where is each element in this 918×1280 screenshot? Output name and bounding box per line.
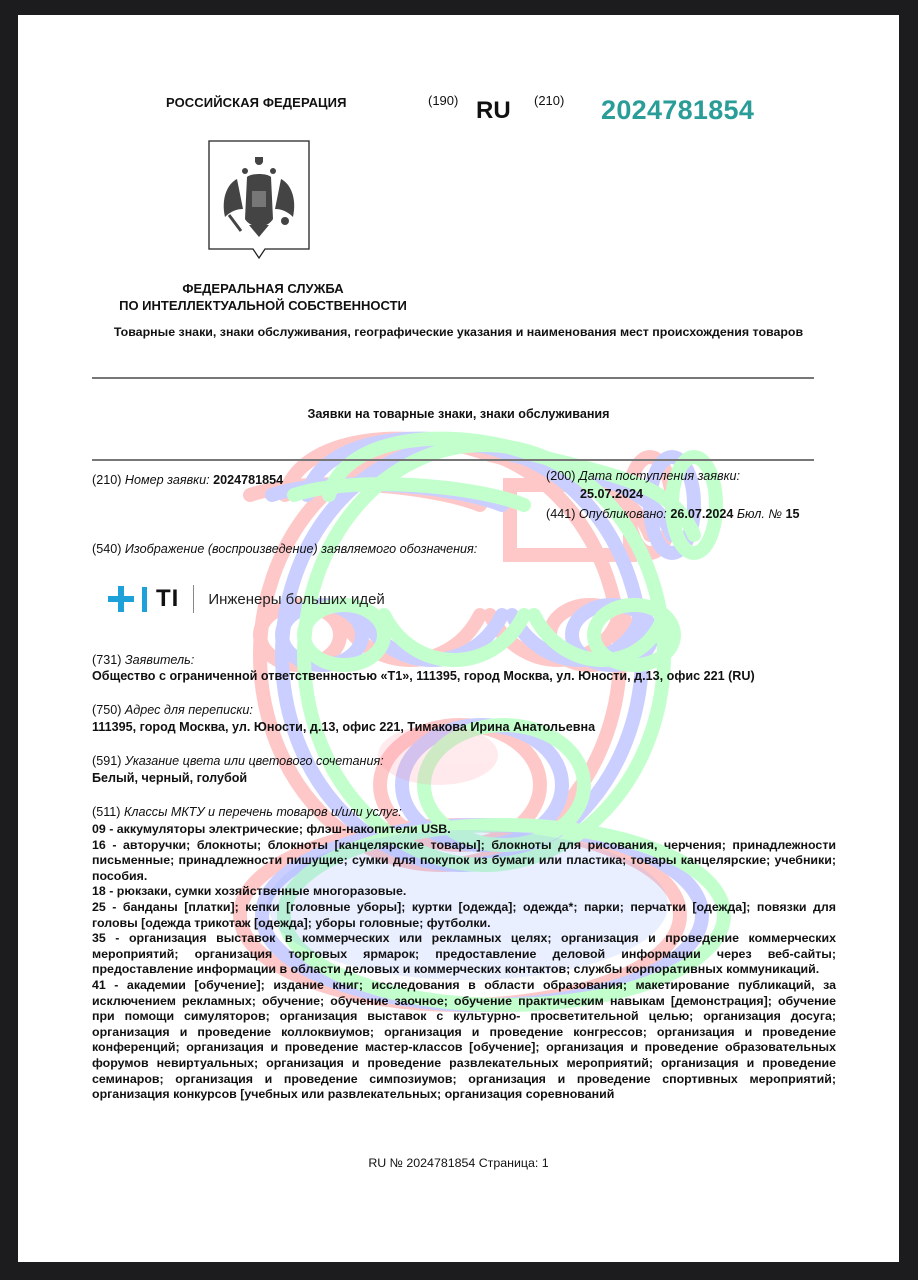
inid-code: (731): [92, 653, 121, 667]
inid-code-190: (190): [428, 93, 458, 108]
colors-value: Белый, черный, голубой: [92, 771, 247, 785]
filing-date-value: 25.07.2024: [580, 487, 643, 501]
inid-code: (591): [92, 754, 121, 768]
divider: [92, 377, 814, 379]
inid-code: (750): [92, 703, 121, 717]
bulletin-label: Бюл. №: [737, 507, 782, 521]
field-address-label: (750) Адрес для переписки:: [92, 703, 253, 717]
field-label: Классы МКТУ и перечень товаров и/или усл…: [124, 805, 402, 819]
field-label: Изображение (воспроизведение) заявляемог…: [125, 542, 477, 556]
plus-icon: [108, 585, 136, 613]
agency-line-1: ФЕДЕРАЛЬНАЯ СЛУЖБА: [113, 280, 413, 297]
inid-code: (511): [92, 805, 120, 819]
published-date: 26.07.2024: [670, 507, 733, 521]
country-code: RU: [476, 97, 511, 125]
agency-name: ФЕДЕРАЛЬНАЯ СЛУЖБА ПО ИНТЕЛЛЕКТУАЛЬНОЙ С…: [113, 280, 413, 314]
field-label: Номер заявки:: [125, 473, 210, 487]
class-item: 18 - рюкзаки, сумки хозяйственные многор…: [92, 884, 836, 900]
field-label: Указание цвета или цветового сочетания:: [125, 754, 384, 768]
class-item: 25 - банданы [платки]; кепки [головные у…: [92, 900, 836, 931]
divider: [92, 459, 814, 461]
field-applicant-label: (731) Заявитель:: [92, 653, 194, 667]
class-item: 16 - авторучки; блокноты; блокноты [канц…: [92, 838, 836, 885]
class-item: 41 - академии [обучение]; издание книг; …: [92, 978, 836, 1103]
class-item: 35 - организация выставок в коммерческих…: [92, 931, 836, 978]
mark-text: TI: [156, 585, 179, 613]
inid-code: (540): [92, 542, 121, 556]
field-published: (441) Опубликовано: 26.07.2024 Бюл. № 15: [546, 507, 800, 521]
mark-bar: [142, 587, 147, 612]
field-application-number: (210) Номер заявки: 2024781854: [92, 473, 283, 487]
coat-of-arms-icon: [207, 139, 311, 260]
field-value: 2024781854: [213, 473, 283, 487]
application-number-title: 2024781854: [601, 95, 754, 126]
field-image: (540) Изображение (воспроизведение) заяв…: [92, 542, 477, 556]
mark-slogan: Инженеры больших идей: [208, 591, 384, 608]
field-label: Дата поступления заявки:: [579, 469, 740, 483]
trademark-image: TI Инженеры больших идей: [108, 583, 385, 615]
field-label: Опубликовано:: [579, 507, 667, 521]
inid-code: (210): [92, 473, 121, 487]
classes-list: 09 - аккумуляторы электрические; флэш-на…: [92, 822, 836, 1103]
document-page: РОССИЙСКАЯ ФЕДЕРАЦИЯ (190) RU (210) 2024…: [18, 15, 899, 1262]
field-classes-label: (511) Классы МКТУ и перечень товаров и/и…: [92, 805, 402, 819]
mark-divider: [193, 585, 194, 613]
class-item: 09 - аккумуляторы электрические; флэш-на…: [92, 822, 836, 838]
publication-category: Товарные знаки, знаки обслуживания, геог…: [18, 325, 899, 339]
field-filing-date-label: (200) Дата поступления заявки:: [546, 469, 740, 483]
country-name: РОССИЙСКАЯ ФЕДЕРАЦИЯ: [166, 95, 347, 110]
section-title: Заявки на товарные знаки, знаки обслужив…: [18, 407, 899, 421]
bulletin-number: 15: [785, 507, 799, 521]
address-value: 111395, город Москва, ул. Юности, д.13, …: [92, 720, 595, 734]
field-colors-label: (591) Указание цвета или цветового сочет…: [92, 754, 384, 768]
field-label: Адрес для переписки:: [125, 703, 253, 717]
field-label: Заявитель:: [125, 653, 194, 667]
inid-code: (200): [546, 469, 575, 483]
agency-line-2: ПО ИНТЕЛЛЕКТУАЛЬНОЙ СОБСТВЕННОСТИ: [113, 297, 413, 314]
inid-code: (441): [546, 507, 575, 521]
applicant-value: Общество с ограниченной ответственностью…: [92, 669, 755, 683]
page-footer: RU № 2024781854 Страница: 1: [18, 1156, 899, 1170]
inid-code-210: (210): [534, 93, 564, 108]
